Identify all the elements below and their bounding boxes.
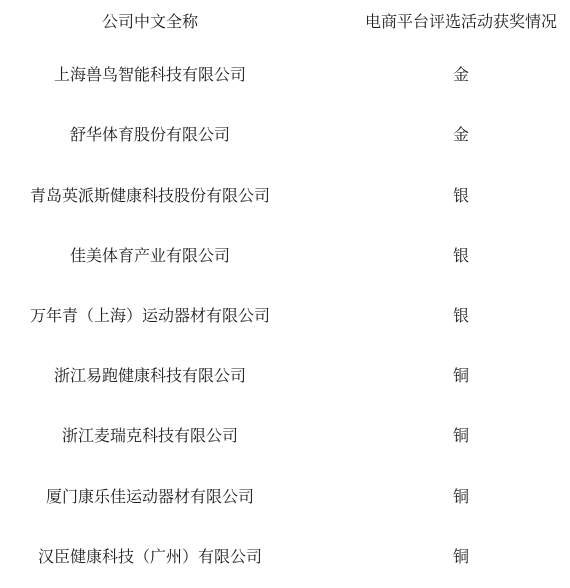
table-row: 舒华体育股份有限公司 金 bbox=[0, 106, 570, 166]
table-row: 万年青（上海）运动器材有限公司 银 bbox=[0, 287, 570, 347]
company-cell: 万年青（上海）运动器材有限公司 bbox=[0, 309, 300, 325]
company-cell: 厦门康乐佳运动器材有限公司 bbox=[0, 490, 300, 506]
company-cell: 舒华体育股份有限公司 bbox=[0, 128, 300, 144]
table-row: 汉臣健康科技（广州）有限公司 铜 bbox=[0, 528, 570, 588]
table-body: 上海兽鸟智能科技有限公司 金 舒华体育股份有限公司 金 青岛英派斯健康科技股份有… bbox=[0, 46, 570, 588]
award-cell: 铜 bbox=[300, 369, 570, 385]
column-header-company: 公司中文全称 bbox=[0, 15, 300, 31]
table-row: 上海兽鸟智能科技有限公司 金 bbox=[0, 46, 570, 106]
award-cell: 金 bbox=[300, 68, 570, 84]
company-cell: 汉臣健康科技（广州）有限公司 bbox=[0, 550, 300, 566]
award-table-page: 公司中文全称 电商平台评选活动获奖情况 上海兽鸟智能科技有限公司 金 舒华体育股… bbox=[0, 0, 570, 588]
table-row: 浙江麦瑞克科技有限公司 铜 bbox=[0, 407, 570, 467]
table-row: 厦门康乐佳运动器材有限公司 铜 bbox=[0, 468, 570, 528]
company-cell: 浙江易跑健康科技有限公司 bbox=[0, 369, 300, 385]
award-cell: 铜 bbox=[300, 490, 570, 506]
company-cell: 佳美体育产业有限公司 bbox=[0, 249, 300, 265]
company-cell: 上海兽鸟智能科技有限公司 bbox=[0, 68, 300, 84]
company-cell: 浙江麦瑞克科技有限公司 bbox=[0, 429, 300, 445]
company-cell: 青岛英派斯健康科技股份有限公司 bbox=[0, 189, 300, 205]
table-row: 浙江易跑健康科技有限公司 铜 bbox=[0, 347, 570, 407]
column-header-award: 电商平台评选活动获奖情况 bbox=[300, 15, 570, 31]
table-row: 青岛英派斯健康科技股份有限公司 银 bbox=[0, 166, 570, 226]
award-cell: 银 bbox=[300, 309, 570, 325]
table-row: 佳美体育产业有限公司 银 bbox=[0, 227, 570, 287]
award-cell: 铜 bbox=[300, 429, 570, 445]
award-cell: 银 bbox=[300, 189, 570, 205]
table-header-row: 公司中文全称 电商平台评选活动获奖情况 bbox=[0, 0, 570, 46]
award-cell: 银 bbox=[300, 249, 570, 265]
award-cell: 金 bbox=[300, 128, 570, 144]
award-cell: 铜 bbox=[300, 550, 570, 566]
